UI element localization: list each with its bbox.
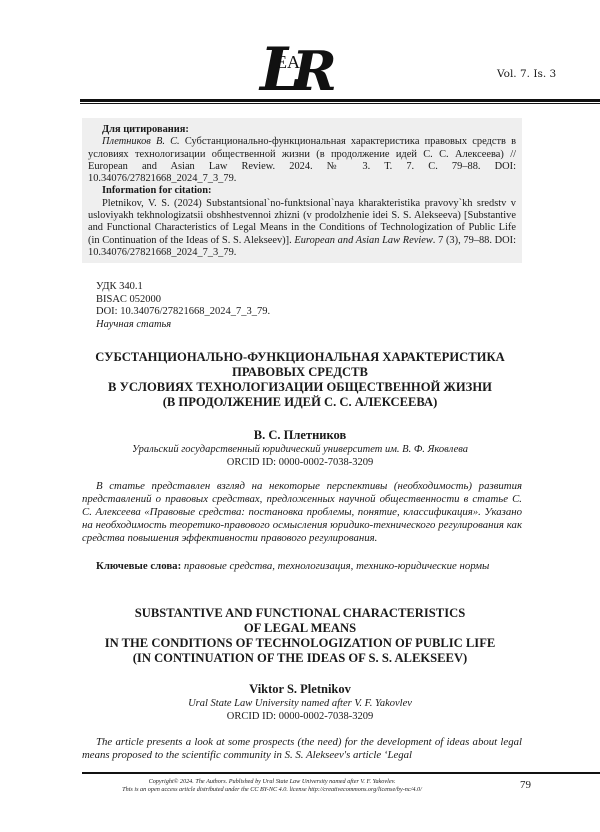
svg-text:EA: EA: [276, 52, 300, 72]
abstract-ru: В статье представлен взгляд на некоторые…: [82, 480, 522, 545]
article-type: Научная статья: [96, 319, 270, 332]
footer-divider: [82, 772, 600, 774]
header-divider-thin: [80, 103, 600, 104]
orcid-ru[interactable]: ORCID ID: 0000-0002-7038-3209: [60, 456, 540, 469]
doi[interactable]: DOI: 10.34076/27821668_2024_7_3_79.: [96, 306, 270, 319]
article-meta: УДК 340.1 BISAC 052000 DOI: 10.34076/278…: [96, 281, 270, 331]
affiliation-ru: Уральский государственный юридический ун…: [60, 443, 540, 456]
footer-license: Copyright© 2024. The Authors. Published …: [82, 778, 462, 794]
bisac: BISAC 052000: [96, 294, 270, 307]
keywords-label: Ключевые слова:: [96, 560, 181, 572]
copyright-text: Copyright© 2024. The Authors. Published …: [82, 778, 462, 786]
citation-ru-heading: Для цитирования:: [88, 124, 516, 136]
header-divider: [80, 99, 600, 102]
author-block-en: Viktor S. Pletnikov Ural State Law Unive…: [60, 682, 540, 723]
volume-issue: Vol. 7. Is. 3: [497, 68, 556, 80]
orcid-en[interactable]: ORCID ID: 0000-0002-7038-3209: [60, 710, 540, 723]
affiliation-en: Ural State Law University named after V.…: [60, 697, 540, 710]
author-name-ru: В. С. Плетников: [60, 428, 540, 443]
author-block-ru: В. С. Плетников Уральский государственны…: [60, 428, 540, 469]
journal-logo: L R EA: [258, 32, 338, 94]
citation-en-journal: European and Asian Law Review: [294, 235, 432, 246]
page-number: 79: [520, 779, 531, 791]
title-ru: СУБСТАНЦИОНАЛЬНО-ФУНКЦИОНАЛЬНАЯ ХАРАКТЕР…: [60, 350, 540, 410]
license-text[interactable]: This is an open access article distribut…: [82, 786, 462, 794]
citation-en-heading: Information for citation:: [88, 185, 516, 197]
author-name-en: Viktor S. Pletnikov: [60, 682, 540, 697]
keywords-values: правовые средства, технологизация, техни…: [181, 560, 489, 572]
citation-box: Для цитирования: Плетников В. С. Субстан…: [82, 118, 522, 263]
keywords-ru: Ключевые слова: правовые средства, техно…: [82, 560, 522, 573]
udk: УДК 340.1: [96, 281, 270, 294]
abstract-en: The article presents a look at some pros…: [82, 736, 522, 762]
citation-en: Pletnikov, V. S. (2024) Substantsional`n…: [88, 198, 516, 259]
title-en: SUBSTANTIVE AND FUNCTIONAL CHARACTERISTI…: [60, 606, 540, 666]
citation-ru-authors: Плетников В. С.: [102, 136, 180, 147]
citation-ru: Плетников В. С. Субстанционально-функцио…: [88, 136, 516, 185]
